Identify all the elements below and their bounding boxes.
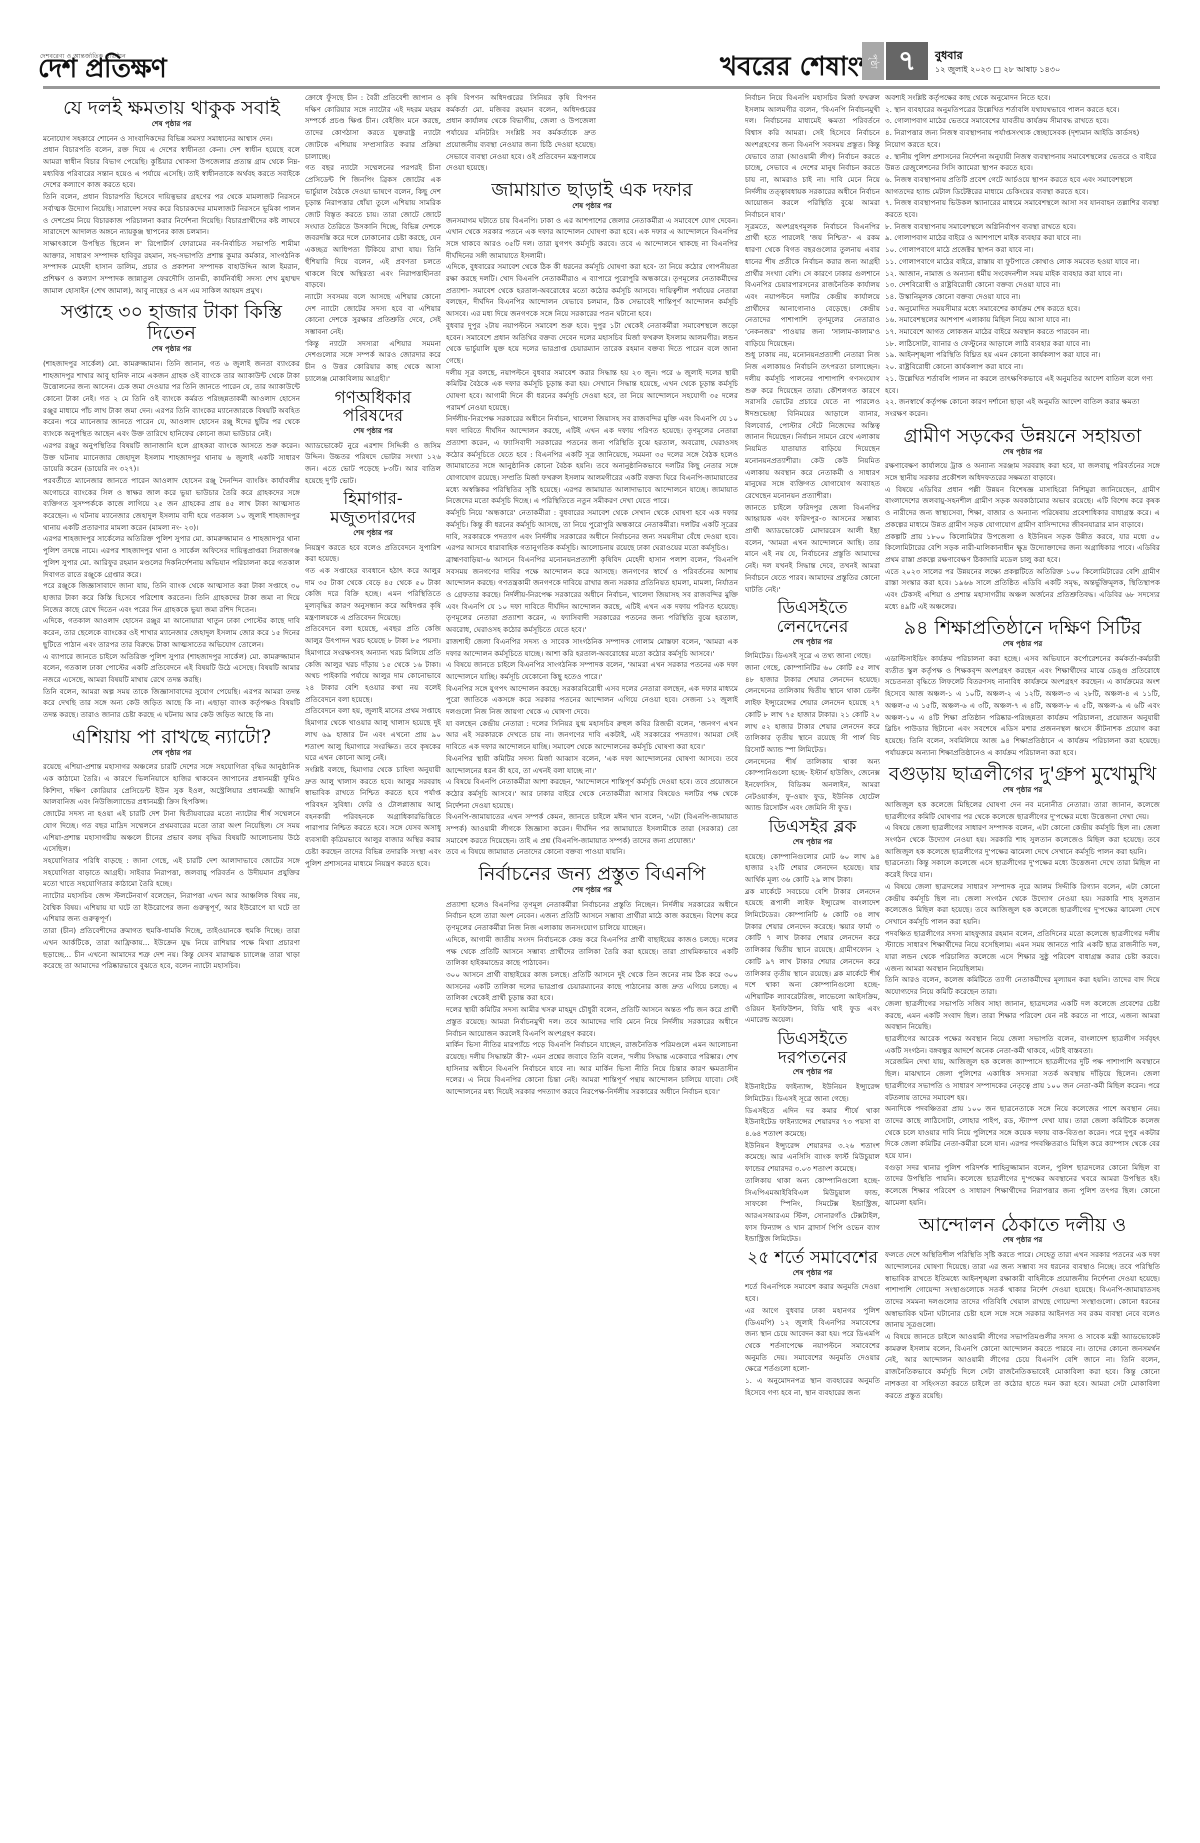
paragraph: যা বলছেন কেন্দ্রীয় নেতারা : দলের সিনিয়… (446, 718, 738, 753)
paragraph: তিনি বলেন, আমরা অল্প সময় তাকে জিজ্ঞাসাব… (43, 686, 300, 721)
list-item: ৬. নিজস্ব ব্যবস্থাপনায় প্রতিটি প্রবেশ গ… (885, 174, 1160, 197)
article-bank-fraud: সপ্তাহে ৩০ হাজার টাকা কিস্তি দিতেন শেষ প… (43, 302, 300, 720)
paragraph: এ বিষয়ে জানতে চাইলে আওয়ামী লীগের সভাপত… (885, 1331, 1160, 1401)
continued-label: শেষ পৃষ্ঠার পর (745, 837, 880, 849)
headline: গ্রামীণ সড়কের উন্নয়নে সহায়তা (885, 426, 1160, 447)
paragraph: ছাত্রলীগের আরেক পক্ষের অবস্থান নিয়ে জেল… (885, 1033, 1160, 1056)
paragraph: শর্তে বিএনপিকে সমাবেশ করার অনুমতি দেওয়া… (745, 1281, 880, 1304)
paragraph: সহযোগিতার পরিধি বাড়ছে : জানা গেছে, এই চ… (43, 855, 300, 890)
paragraph: কৃষি বিপণন অধিদপ্তরের সিনিয়র কৃষি বিপণন… (446, 92, 596, 174)
column-2: ক্রোধে ফুঁসছে চীন : বৈরী প্রতিবেশী জাপান… (305, 92, 441, 1742)
paragraph: এরপর রঞ্জুর অনুপস্থিতির বিষয়টি জানাজানি… (43, 440, 300, 475)
paragraph: ১. এ অনুমোদনপত্র স্থান ব্যবহারের অনুমতি … (745, 1375, 880, 1398)
page-label: পৃষ্ঠা (862, 42, 884, 80)
paragraph: তালিকায় থাকা অন্য কোম্পানিগুলো হচ্ছে- স… (745, 1175, 880, 1245)
paragraph: শুধু ঢাকায় নয়, মনোনয়নপ্রত্যাশী নেতারা… (745, 349, 880, 501)
article-cold-storage: হিমাগার-মজুতদারদের শেষ পৃষ্ঠার পর নিয়ন্… (305, 490, 441, 869)
list-item: ১৭. সমাবেশে আগত লোকজন মাঠের বাইরে অবস্থা… (885, 326, 1160, 338)
list-item: ১৮. লাঠিসোটা, ব্যানার ও ফেস্টুনের আড়ালে… (885, 338, 1160, 350)
paragraph: জনসমাগম ঘটাতে চায় বিএনপি। ঢাকা ও এর আশপ… (446, 215, 738, 262)
headline: ডিএসইর ব্লক (745, 818, 880, 837)
rally-conditions-list: অবশ্যই সংশ্লিষ্ট কর্তৃপক্ষের কাছ থেকে অন… (885, 92, 1160, 420)
date-line: ১২ জুলাই ২০২৩ □ ২৮ আষাঢ় ১৪৩০ (935, 64, 1060, 77)
paragraph: ডিএসইতে এদিন দর কমার শীর্ষে থাকা ইউনাইটে… (745, 1105, 880, 1140)
list-item: ৩. গোলাপবাগ মাঠের ভেতরে সমাবেশের যাবতীয়… (885, 115, 1160, 127)
article-court: যে দলই ক্ষমতায় থাকুক সবাই শেষ পৃষ্ঠার প… (43, 98, 300, 296)
list-item: ৭. নিজস্ব ব্যবস্থাপনায় ভিউকল স্ক্যানারে… (885, 197, 1160, 220)
paragraph: রয়েছে এশিয়া-প্রশান্ত মহাসাগর অঞ্চলের চ… (43, 761, 300, 808)
paragraph: পদবঞ্চিত ছাত্রলীগের সদস্য মাহফুজার রহমান… (885, 928, 1160, 975)
article-rural-roads: গ্রামীণ সড়কের উন্নয়নে সহায়তা শেষ পৃষ্… (885, 426, 1160, 613)
paragraph: অ্যাডভোকেট নুরে এরশাদ সিদ্দিকী ও জসিম উদ… (305, 440, 441, 487)
paragraph: ইউনিয়ন ইন্স্যুরেন্স শেয়ারদর ৩.২৬ শতাংশ… (745, 1140, 880, 1175)
article-dse-block: ডিএসইর ব্লক শেষ পৃষ্ঠার পর হয়েছে। কোম্প… (745, 818, 880, 1026)
column-4: নির্বাচন নিয়ে বিএনপি মহাসচিব মির্জা ফখর… (745, 92, 880, 1742)
headline: ডিএসইতে দরপতনের (745, 1030, 880, 1067)
top-rule-divider (43, 86, 1160, 89)
paragraph: ৩০০ আসনে প্রার্থী বাছাইয়ের কাজ চলছে। প্… (446, 969, 738, 1004)
paragraph: প্রতিবেদনে বলা হয়েছে, এবছর প্রতি কেজি আ… (305, 623, 441, 705)
headline: ডিএসইতে লেনদেনের (745, 599, 880, 636)
continued-label: শেষ পৃষ্ঠার পর (885, 1235, 1160, 1247)
paragraph: নিয়ন্ত্রণ করতে হবে বলেও প্রতিবেদনে সুপা… (305, 542, 441, 565)
headline: ৯৪ শিক্ষাপ্রতিষ্ঠানে দক্ষিণ সিটির (885, 618, 1160, 639)
paragraph: লেনদেনের শীর্ষ তালিকায় থাকা অন্য কোম্পা… (745, 756, 880, 815)
page-number: ৭ (886, 42, 928, 80)
paragraph: জানতে চাইলে ফরিদপুর জেলা বিএনপির আহ্বায়… (745, 502, 880, 596)
headline: গণঅধিকার পরিষদের (305, 389, 441, 426)
column-5: অবশ্যই সংশ্লিষ্ট কর্তৃপক্ষের কাছ থেকে অন… (885, 92, 1160, 1742)
list-item: ১৩. দেশবিরোধী ও রাষ্ট্রবিরোধী কোনো বক্তব… (885, 279, 1160, 291)
paragraph: গত বছর ন্যাটো সম্মেলনের পরপরই চীনা প্রেস… (305, 162, 441, 291)
article-dse-fall: ডিএসইতে দরপতনের শেষ পৃষ্ঠার পর ইউনাইটেড … (745, 1030, 880, 1245)
paragraph: এ বিষয়ে এডিবির প্রধান পল্লী উন্নয়ন বিশ… (885, 484, 1160, 531)
paragraph: পরে রঞ্জুকে জিজ্ঞাসাবাদে জানা যায়, তিনি… (43, 580, 300, 615)
list-item: ২১. উল্লেখিত শর্তাবলি পালন না করলে তাৎক্… (885, 373, 1160, 396)
list-item: ২২. জনস্বার্থে কর্তৃপক্ষ কোনো কারণ দর্শা… (885, 396, 1160, 419)
paragraph: তিনি বলেন, প্রধান বিচারপতি হিসেবে দায়িত… (43, 191, 300, 238)
list-item: ৪. নিরাপত্তার জন্য নিজস্ব ব্যবস্থাপনায় … (885, 127, 1160, 150)
paragraph: ব্লক মার্কেটে সবচেয়ে বেশি টাকার লেনদেন … (745, 886, 880, 1026)
paragraph: সাক্ষাৎকালে উপস্থিত ছিলেন ল' রিপোর্টার্স… (43, 238, 300, 297)
paragraph: প্রত্যাশা হলেও বিএনপির তৃণমূল নেতাকর্মীর… (446, 899, 738, 934)
paragraph: জানা গেছে, কোম্পানিটির ৬০ কোটি ৫৫ লাখ ৪৮… (745, 662, 880, 756)
paragraph: ব্রাহ্মণবাড়িয়া-৬ আসনে বিএনপির মনোনয়নপ… (446, 554, 738, 636)
paragraph: এরপর শাহজাদপুর সার্কেলের অতিরিক্ত পুলিশ … (43, 533, 300, 580)
continued-label: শেষ পৃষ্ঠার পর (885, 785, 1160, 797)
headline: সপ্তাহে ৩০ হাজার টাকা কিস্তি দিতেন (43, 302, 300, 344)
headline: যে দলই ক্ষমতায় থাকুক সবাই (43, 98, 300, 119)
continued-label: শেষ পৃষ্ঠার পর (745, 1067, 880, 1079)
article-bogura-chhatraleague: বগুড়ায় ছাত্রলীগের দু'গ্রুপ মুখোমুখি শে… (885, 764, 1160, 1208)
article-south-city: ৯৪ শিক্ষাপ্রতিষ্ঠানে দক্ষিণ সিটির শেষ পৃ… (885, 618, 1160, 758)
list-item: ১৫. অনুমোদিত সময়সীমার মধ্যে সমাবেশের কা… (885, 303, 1160, 315)
headline: বগুড়ায় ছাত্রলীগের দু'গ্রুপ মুখোমুখি (885, 764, 1160, 785)
paragraph: রাজশাহী জেলা বিএনপির সদস্য ও সাবেক সাংগঠ… (446, 636, 738, 659)
continued-label: শেষ পৃষ্ঠার পর (305, 528, 441, 540)
continued-label: শেষ পৃষ্ঠার পর (43, 748, 300, 760)
paragraph: অন্যদিকে পদবঞ্চিতরা প্রায় ১০০ জন ছাত্রন… (885, 1103, 1160, 1162)
paragraph: নির্বাচন নিয়ে বিএনপি মহাসচিব মির্জা ফখর… (745, 92, 880, 221)
list-item: ১৬. সমাবেশস্থলের আশপাশ এলাকায় মিছিল নিয… (885, 314, 1160, 326)
section-title: খবরের শেষাংশ (720, 46, 874, 90)
continued-label: শেষ পৃষ্ঠার পর (43, 344, 300, 356)
paragraph: ছাত্রনেতা। কিন্তু সকালে কলেজে এসে ছাত্রল… (885, 857, 1160, 880)
article-dse-trading: ডিএসইতে লেনদেনের শেষ পৃষ্ঠার পর লিমিটেড।… (745, 599, 880, 814)
paragraph: সংশ্লিষ্ট বলছে, হিমাগার থেকে চাহিদা অনুয… (305, 764, 441, 869)
paragraph: 'কিন্তু ন্যাটো সদস্যরা এশিয়ার সমমনা দেশ… (305, 338, 441, 385)
headline: জামায়াত ছাড়াই এক দফার (446, 180, 738, 201)
article-jamaat: জামায়াত ছাড়াই এক দফার শেষ পৃষ্ঠার পর জ… (446, 180, 738, 858)
paragraph: পরবর্তীতে ম্যানেজার জানতে পারেন আওলাদ হো… (43, 475, 300, 534)
paragraph: দলীয় সূত্র বলছে, নয়াপল্টনে বুধবার সমাব… (446, 367, 738, 414)
paragraph: গত এক সপ্তাহের ব্যবধানে হঠাৎ করে আলুর দা… (305, 565, 441, 624)
paragraph: এ বিষয়ে জেলা ছাত্রলীগের সাধারণ সম্পাদক … (885, 822, 1160, 857)
list-item: ৮. নিজস্ব ব্যবস্থাপনায় সমাবেশস্থলে অগ্ন… (885, 221, 1160, 233)
paragraph: মার্কিন ভিসা নীতির মারপ্যাঁচে পড়ে বিএনপ… (446, 1039, 738, 1098)
paragraph: বুধবার দুপুর ২টায় নয়াপল্টনে সমাবেশ শুর… (446, 320, 738, 367)
list-item: ১৯. আইনশৃঙ্খলা পরিস্থিতি বিঘ্নিত হয় এমন… (885, 349, 1160, 361)
continued-label: শেষ পৃষ্ঠার পর (305, 426, 441, 438)
paragraph: ইউনাইটেড ফাইন্যান্স, ইউনিয়ন ইন্স্যুরেন্… (745, 1081, 880, 1104)
continued-label: শেষ পৃষ্ঠার পর (745, 637, 880, 649)
list-item: অবশ্যই সংশ্লিষ্ট কর্তৃপক্ষের কাছ থেকে অন… (885, 92, 1160, 104)
article-gono-odhikar: গণঅধিকার পরিষদের শেষ পৃষ্ঠার পর অ্যাডভোক… (305, 389, 441, 487)
headline: হিমাগার-মজুতদারদের (305, 490, 441, 527)
paragraph: বিএনপির সঙ্গে যুগপৎ আন্দোলন করছে। সরকারব… (446, 683, 738, 718)
paragraph: বিএনপির স্থায়ী কমিটির সদস্য মির্জা আব্ব… (446, 753, 738, 776)
paragraph: প্রতিবেদনে বলা হয়, জুলাই মাসের প্রথম সপ… (305, 705, 441, 764)
continued-label: শেষ পৃষ্ঠার পর (745, 1268, 880, 1280)
paragraph: কর্মসূচি নিয়ে 'অন্ধকারে' নেতাকর্মীরা : … (446, 507, 738, 554)
column-1: যে দলই ক্ষমতায় থাকুক সবাই শেষ পৃষ্ঠার প… (43, 92, 300, 1742)
newspaper-logo: দেশ প্রতিক্ষণ (38, 56, 166, 82)
paragraph: জোটের সদস্য না হওয়া এই চারটি দেশ টানা দ… (43, 808, 300, 855)
paragraph: এ বিষয়ে বিএনপি নেতাকর্মীরা আশা করছেন, '… (446, 776, 738, 811)
list-item: ১২. আজান, নামাজ ও অন্যান্য ধর্মীয় সংবেদ… (885, 268, 1160, 280)
paragraph: এ বিষয়ে জেলা ছাত্রদলের সাধারণ সম্পাদক ন… (885, 881, 1160, 928)
paragraph: এ বিষয়ে জানতে চাইলে বিএনপির সাংগঠনিক সম… (446, 659, 738, 682)
paragraph: ক্রোধে ফুঁসছে চীন : বৈরী প্রতিবেশী জাপান… (305, 92, 441, 162)
list-item: ৫. স্থানীয় পুলিশ প্রশাসনের নির্দেশনা অন… (885, 151, 1160, 174)
paragraph: এদিকে, বুধবারের সমাবেশ থেকে ঠিক কী ধরনের… (446, 261, 738, 320)
list-item: ১১. গোলাপবাগে মাঠের বাইরে, রাস্তায় বা ফ… (885, 256, 1160, 268)
paragraph: হয়েছে। কোম্পানিগুলোর মোট ৬০ লাখ ৯৪ হাজা… (745, 851, 880, 886)
paragraph: রক্ষণাবেক্ষণ কার্যালয়ে ট্রাক ও অন্যান্য… (885, 460, 1160, 483)
headline: আন্দোলন ঠেকাতে দলীয় ও (885, 1215, 1160, 1236)
paragraph: সরেজমিন দেখা যায়, আজিজুল হক কলেজ ক্যাম্… (885, 1056, 1160, 1103)
paragraph: নির্দলীয়-নিরপেক্ষ সরকারের অধীনে নির্বাচ… (446, 413, 738, 507)
continued-label: শেষ পৃষ্ঠার পর (446, 201, 738, 213)
headline: ২৫ শর্তে সমাবেশের (745, 1249, 880, 1268)
paragraph: প্রধান বিচারপতি বলেন, রক্ত দিয়ে এ দেশের… (43, 144, 300, 191)
paragraph: তারা (চীন) প্রতিবেশীদের ক্রমাগত হুমকি-ধা… (43, 925, 300, 972)
paragraph: এদিকে, আগামী জাতীয় সংসদ নির্বাচনকে কেন্… (446, 934, 738, 969)
paragraph: বিএনপি-জামায়াতের এখন সম্পর্ক কেমন, জানত… (446, 811, 738, 846)
paragraph: ফলতে দেশে অস্থিতিশীল পরিস্থিতি সৃষ্টি কর… (885, 1249, 1160, 1331)
paragraph: প্রকল্পটি প্রায় ১৮০০ কিলোমিটার উপজেলা ও… (885, 531, 1160, 566)
paragraph: এডাল্টিসাইডিং কার্যক্রম পরিচালনা করা হচ্… (885, 653, 1160, 758)
paragraph: এতে ২০২৩ সালের পর উন্নয়নের লক্ষ্যে প্রক… (885, 566, 1160, 613)
paragraph: এ ব্যাপারে জানতে চাইলে অতিরিক্ত পুলিশ সু… (43, 651, 300, 686)
continued-label: শেষ পৃষ্ঠার পর (43, 119, 300, 131)
masthead: দেশবরেণ্য ও আন্তর্জাতিক প্রতিষ্ঠান দেশ প… (0, 0, 1200, 80)
continued-label: শেষ পৃষ্ঠার পর (885, 639, 1160, 651)
article-bnp-election: নির্বাচনের জন্য প্রস্তুত বিএনপি শেষ পৃষ্… (446, 864, 738, 1098)
paragraph: ন্যাটো সবসময় বলে আসছে এশিয়ার কোনো দেশ … (305, 291, 441, 338)
column-3: কৃষি বিপণন অধিদপ্তরের সিনিয়র কৃষি বিপণন… (446, 92, 738, 1742)
list-item: ৯. গোলাপবাগ মাঠের বাইরে ও আশপাশে মাইক ব্… (885, 232, 1160, 244)
list-item: ১০. গোলাপবাগে মাঠে প্রজেক্টর স্থাপন করা … (885, 244, 1160, 256)
headline: এশিয়ায় পা রাখছে ন্যাটো? (43, 727, 300, 748)
paragraph: লিমিটেড। ডিএসই সূত্রে এ তথ্য জানা গেছে। (745, 650, 880, 662)
continued-label: শেষ পৃষ্ঠার পর (885, 447, 1160, 459)
paragraph: এর আগে বুধবার ঢাকা মহানগর পুলিশ (ডিএমপি)… (745, 1305, 880, 1375)
paragraph: এদিকে, গতকাল আওলাদ হোসেন রঞ্জুর মা আনোয়… (43, 615, 300, 650)
paragraph: তবে এ বিষয়ে জামায়াত নেতাদের কোনো বক্তব… (446, 846, 738, 858)
paragraph: সূত্রমতে, অংশগ্রহণমূলক নির্বাচনে বিএনপির… (745, 221, 880, 350)
list-item: ২. স্থান ব্যবহারের অনুমতিপত্রের উল্লেখিত… (885, 104, 1160, 116)
paragraph: দলের স্থায়ী কমিটির সদস্য আমীর খসরু মাহম… (446, 1004, 738, 1039)
article-rally-conditions: ২৫ শর্তে সমাবেশের শেষ পৃষ্ঠার পর শর্তে ব… (745, 1249, 880, 1398)
paragraph: জেলা ছাত্রলীগের সভাপতি সজিব সাহা জানান, … (885, 998, 1160, 1033)
paragraph: ন্যাটোর মহাসচিব জেন্স স্টলটেনবার্গ বলেছে… (43, 890, 300, 925)
article-nato: এশিয়ায় পা রাখছে ন্যাটো? শেষ পৃষ্ঠার পর… (43, 727, 300, 972)
paragraph: বগুড়া সদর থানার পুলিশ পরিদর্শক শাহিনুজ্… (885, 1162, 1160, 1209)
continued-label: শেষ পৃষ্ঠার পর (446, 885, 738, 897)
headline: নির্বাচনের জন্য প্রস্তুত বিএনপি (446, 864, 738, 885)
paragraph: তিনি আরও বলেন, কলেজ কমিটিতে ত্যাগী নেতাক… (885, 974, 1160, 997)
paragraph: আজিজুল হক কলেজে মিছিলের ঘোষণা দেন নব মনো… (885, 799, 1160, 822)
list-item: ২০. রাষ্ট্রবিরোধী কোনো কার্যকলাপ করা যাব… (885, 361, 1160, 373)
paragraph: মনোযোগ সহকারে শোনেন ও সাংবাদিকদের বিভিন্… (43, 133, 300, 145)
article-movement-prevention: আন্দোলন ঠেকাতে দলীয় ও শেষ পৃষ্ঠার পর ফল… (885, 1215, 1160, 1402)
paragraph: (শাহজাদপুর সার্কেল) মো. কামরুজ্জামান। তি… (43, 358, 300, 440)
list-item: ১৪. উস্কানিমূলক কোনো বক্তব্য দেওয়া যাবে… (885, 291, 1160, 303)
